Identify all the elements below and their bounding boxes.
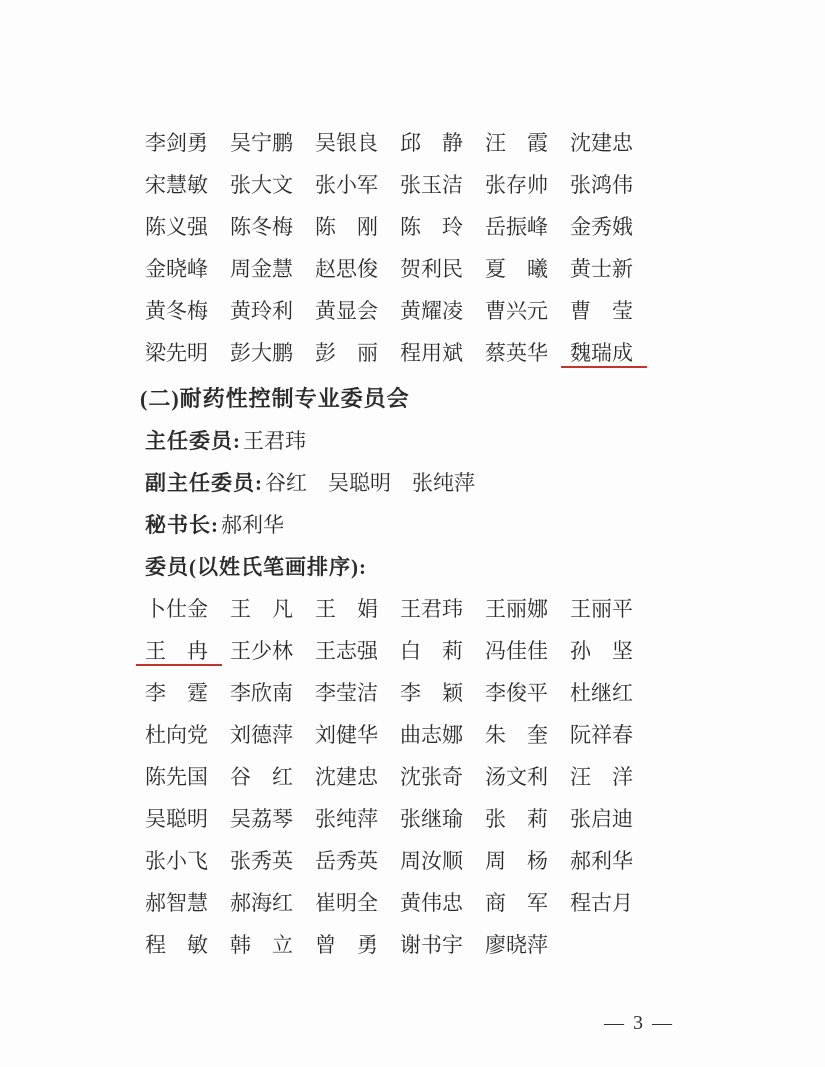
person-name: 王志强 (315, 639, 378, 663)
person-name: 彭 丽 (315, 341, 378, 365)
person-name: 张 莉 (485, 807, 548, 831)
members-label: 委员(以姓氏笔画排序): (145, 555, 367, 579)
person-name: 宋慧敏 (145, 173, 208, 197)
secretary-name: 郝利华 (221, 513, 284, 537)
person-name: 陈义强 (145, 215, 208, 239)
person-name: 王君玮 (400, 597, 463, 621)
person-name: 邱 静 (400, 131, 463, 155)
person-name: 王丽平 (570, 597, 633, 621)
person-name: 岳振峰 (485, 215, 548, 239)
name-row: 王 冉王少林王志强白 莉冯佳佳孙 坚 (145, 630, 633, 672)
page-content: 李剑勇吴宁鹏吴银良邱 静汪 霞沈建忠宋慧敏张大文张小军张玉洁张存帅张鸿伟陈义强陈… (145, 122, 633, 966)
name-row: 程 敏韩 立曾 勇谢书宇廖晓萍 (145, 924, 633, 966)
person-name: 张继瑜 (400, 807, 463, 831)
person-name: 汤文利 (485, 765, 548, 789)
name-row: 黄冬梅黄玲利黄显会黄耀凌曹兴元曹 莹 (145, 290, 633, 332)
person-name: 黄显会 (315, 299, 378, 323)
chair-label: 主任委员: (145, 429, 241, 453)
person-name: 吴荔琴 (230, 807, 293, 831)
person-name: 李 颖 (400, 681, 463, 705)
person-name: 李剑勇 (145, 131, 208, 155)
person-name: 杜继红 (570, 681, 633, 705)
person-name: 程用斌 (400, 341, 463, 365)
name-row: 宋慧敏张大文张小军张玉洁张存帅张鸿伟 (145, 164, 633, 206)
name-row: 卜仕金王 凡王 娟王君玮王丽娜王丽平 (145, 588, 633, 630)
person-name: 金晓峰 (145, 257, 208, 281)
person-name: 张启迪 (570, 807, 633, 831)
person-name: 王 冉 (145, 639, 208, 663)
chair-line: 主任委员:王君玮 (145, 420, 633, 462)
person-name: 张小飞 (145, 849, 208, 873)
person-name: 陈先国 (145, 765, 208, 789)
person-name: 黄冬梅 (145, 299, 208, 323)
name-row: 陈义强陈冬梅陈 刚陈 玲岳振峰金秀娥 (145, 206, 633, 248)
name-row: 陈先国谷 红沈建忠沈张奇汤文利汪 洋 (145, 756, 633, 798)
vice-chair-line: 副主任委员:谷红 吴聪明 张纯萍 (145, 462, 633, 504)
vice-chair-names: 谷红 吴聪明 张纯萍 (265, 471, 475, 495)
person-name: 黄耀凌 (400, 299, 463, 323)
person-name: 张玉洁 (400, 173, 463, 197)
person-name: 谷 红 (230, 765, 293, 789)
person-name: 黄伟忠 (400, 891, 463, 915)
person-name: 程 敏 (145, 933, 208, 957)
name-row: 李剑勇吴宁鹏吴银良邱 静汪 霞沈建忠 (145, 122, 633, 164)
person-name: 周 杨 (485, 849, 548, 873)
person-name: 卜仕金 (145, 597, 208, 621)
name-row: 吴聪明吴荔琴张纯萍张继瑜张 莉张启迪 (145, 798, 633, 840)
person-name: 曹 莹 (570, 299, 633, 323)
page-number: — 3 — (604, 1012, 674, 1035)
person-name: 崔明全 (315, 891, 378, 915)
person-name: 汪 霞 (485, 131, 548, 155)
person-name: 张纯萍 (315, 807, 378, 831)
person-name: 郝海红 (230, 891, 293, 915)
secretary-line: 秘书长:郝利华 (145, 504, 633, 546)
section-heading: (二)耐药性控制专业委员会 (140, 378, 633, 420)
person-name: 廖晓萍 (485, 933, 548, 957)
person-name: 白 莉 (400, 639, 463, 663)
person-name: 李俊平 (485, 681, 548, 705)
person-name: 王 凡 (230, 597, 293, 621)
document-page: 李剑勇吴宁鹏吴银良邱 静汪 霞沈建忠宋慧敏张大文张小军张玉洁张存帅张鸿伟陈义强陈… (0, 0, 825, 1067)
person-name: 张鸿伟 (570, 173, 633, 197)
vice-chair-label: 副主任委员: (145, 471, 263, 495)
person-name: 夏 曦 (485, 257, 548, 281)
person-name: 彭大鹏 (230, 341, 293, 365)
person-name: 沈建忠 (315, 765, 378, 789)
person-name: 孙 坚 (570, 639, 633, 663)
person-name: 王 娟 (315, 597, 378, 621)
person-name: 朱 奎 (485, 723, 548, 747)
person-name: 张大文 (230, 173, 293, 197)
secretary-label: 秘书长: (145, 513, 219, 537)
person-name: 杜向党 (145, 723, 208, 747)
person-name: 蔡英华 (485, 341, 548, 365)
person-name: 吴宁鹏 (230, 131, 293, 155)
chair-name: 王君玮 (243, 429, 306, 453)
name-row: 郝智慧郝海红崔明全黄伟忠商 军程古月 (145, 882, 633, 924)
person-name: 魏瑞成 (570, 341, 633, 365)
person-name: 陈 刚 (315, 215, 378, 239)
name-row: 金晓峰周金慧赵思俊贺利民夏 曦黄士新 (145, 248, 633, 290)
roster-top-grid: 李剑勇吴宁鹏吴银良邱 静汪 霞沈建忠宋慧敏张大文张小军张玉洁张存帅张鸿伟陈义强陈… (145, 122, 633, 374)
person-name: 曹兴元 (485, 299, 548, 323)
person-name: 汪 洋 (570, 765, 633, 789)
person-name: 周金慧 (230, 257, 293, 281)
name-row: 杜向党刘德萍刘健华曲志娜朱 奎阮祥春 (145, 714, 633, 756)
person-name: 程古月 (570, 891, 633, 915)
name-row: 梁先明彭大鹏彭 丽程用斌蔡英华魏瑞成 (145, 332, 633, 374)
person-name: 刘健华 (315, 723, 378, 747)
person-name: 黄士新 (570, 257, 633, 281)
name-row: 李 霆李欣南李莹洁李 颖李俊平杜继红 (145, 672, 633, 714)
person-name: 周汝顺 (400, 849, 463, 873)
person-name: 吴聪明 (145, 807, 208, 831)
person-name: 陈冬梅 (230, 215, 293, 239)
person-name: 曲志娜 (400, 723, 463, 747)
person-name: 金秀娥 (570, 215, 633, 239)
person-name: 沈建忠 (570, 131, 633, 155)
person-name: 岳秀英 (315, 849, 378, 873)
person-name: 赵思俊 (315, 257, 378, 281)
person-name: 谢书宇 (400, 933, 463, 957)
person-name: 李 霆 (145, 681, 208, 705)
person-name: 李欣南 (230, 681, 293, 705)
members-grid: 卜仕金王 凡王 娟王君玮王丽娜王丽平王 冉王少林王志强白 莉冯佳佳孙 坚李 霆李… (145, 588, 633, 966)
person-name: 陈 玲 (400, 215, 463, 239)
person-name: 贺利民 (400, 257, 463, 281)
person-name: 冯佳佳 (485, 639, 548, 663)
members-label-line: 委员(以姓氏笔画排序): (145, 546, 633, 588)
person-name: 商 军 (485, 891, 548, 915)
person-name: 张小军 (315, 173, 378, 197)
name-row: 张小飞张秀英岳秀英周汝顺周 杨郝利华 (145, 840, 633, 882)
person-name: 阮祥春 (570, 723, 633, 747)
person-name: 吴银良 (315, 131, 378, 155)
person-name: 张存帅 (485, 173, 548, 197)
person-name: 王少林 (230, 639, 293, 663)
person-name: 郝利华 (570, 849, 633, 873)
person-name: 刘德萍 (230, 723, 293, 747)
person-name: 李莹洁 (315, 681, 378, 705)
person-name: 韩 立 (230, 933, 293, 957)
person-name: 王丽娜 (485, 597, 548, 621)
person-name: 黄玲利 (230, 299, 293, 323)
person-name: 郝智慧 (145, 891, 208, 915)
person-name: 曾 勇 (315, 933, 378, 957)
person-name: 张秀英 (230, 849, 293, 873)
person-name: 梁先明 (145, 341, 208, 365)
person-name: 沈张奇 (400, 765, 463, 789)
